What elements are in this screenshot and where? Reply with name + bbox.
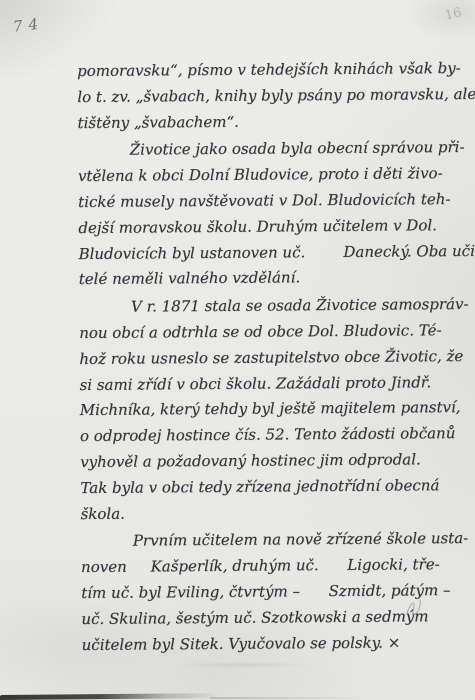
scan-edge-shadow bbox=[0, 693, 220, 700]
handwritten-line: hož roku usneslo se zastupitelstvo obce … bbox=[79, 344, 475, 373]
handwritten-line: vyhověl a požadovaný hostinec jim odprod… bbox=[80, 447, 475, 476]
handwritten-line: Prvním učitelem na nově zřízené škole us… bbox=[81, 526, 475, 555]
handwritten-line: lo t. zv. „švabach, knihy byly psány po … bbox=[77, 82, 475, 111]
handwritten-line: pomoravsku“, písmo v tehdejších knihách … bbox=[77, 56, 475, 85]
page-number: 74 bbox=[12, 14, 45, 36]
paragraph: Životice jako osada byla obecní správou … bbox=[78, 135, 475, 293]
paper-smudge bbox=[150, 660, 340, 670]
handwritten-line: vtělena k obci Dolní Bludovice, proto i … bbox=[78, 161, 475, 190]
handwritten-line: Životice jako osada byla obecní správou … bbox=[78, 135, 475, 164]
manuscript-text: pomoravsku“, písmo v tehdejších knihách … bbox=[77, 56, 475, 660]
handwritten-line: učitelem byl Sitek. Vyučovalo se polsky.… bbox=[82, 629, 475, 658]
handwritten-line: noven Kašperlík, druhým uč. Ligocki, tře… bbox=[81, 552, 475, 581]
paragraph: Prvním učitelem na nově zřízené škole us… bbox=[81, 526, 475, 658]
handwritten-line: si sami zřídí v obci školu. Zažádali pro… bbox=[79, 369, 475, 398]
paragraph: pomoravsku“, písmo v tehdejších knihách … bbox=[77, 56, 475, 137]
handwritten-line: tištěny „švabachem“. bbox=[77, 107, 475, 136]
scanned-page: 74 16 pomoravsku“, písmo v tehdejších kn… bbox=[0, 0, 475, 700]
corner-page-number: 16 bbox=[444, 5, 464, 24]
handwritten-line: Michníka, který tehdy byl ještě majitele… bbox=[80, 395, 475, 424]
handwritten-line: škola. bbox=[80, 498, 475, 527]
scan-edge-shadow-faint bbox=[210, 697, 390, 699]
pencil-mark bbox=[404, 596, 424, 624]
handwritten-line: o odprodej hostince čís. 52. Tento žádos… bbox=[80, 421, 475, 450]
handwritten-line: dejší moravskou školu. Druhým učitelem v… bbox=[78, 213, 475, 242]
handwritten-line: V r. 1871 stala se osada Životice samosp… bbox=[79, 292, 475, 321]
handwritten-line: Tak byla v obci tedy zřízena jednotřídní… bbox=[80, 473, 475, 502]
handwritten-line: nou obcí a odtrhla se od obce Dol. Bludo… bbox=[79, 318, 475, 347]
handwritten-line: Bludovicích byl ustanoven uč. Danecký. O… bbox=[78, 238, 475, 267]
handwritten-line: tické musely navštěvovati v Dol. Bludovi… bbox=[78, 187, 475, 216]
paragraph: V r. 1871 stala se osada Životice samosp… bbox=[79, 292, 475, 527]
handwritten-line: telé neměli valného vzdělání. bbox=[79, 264, 475, 293]
